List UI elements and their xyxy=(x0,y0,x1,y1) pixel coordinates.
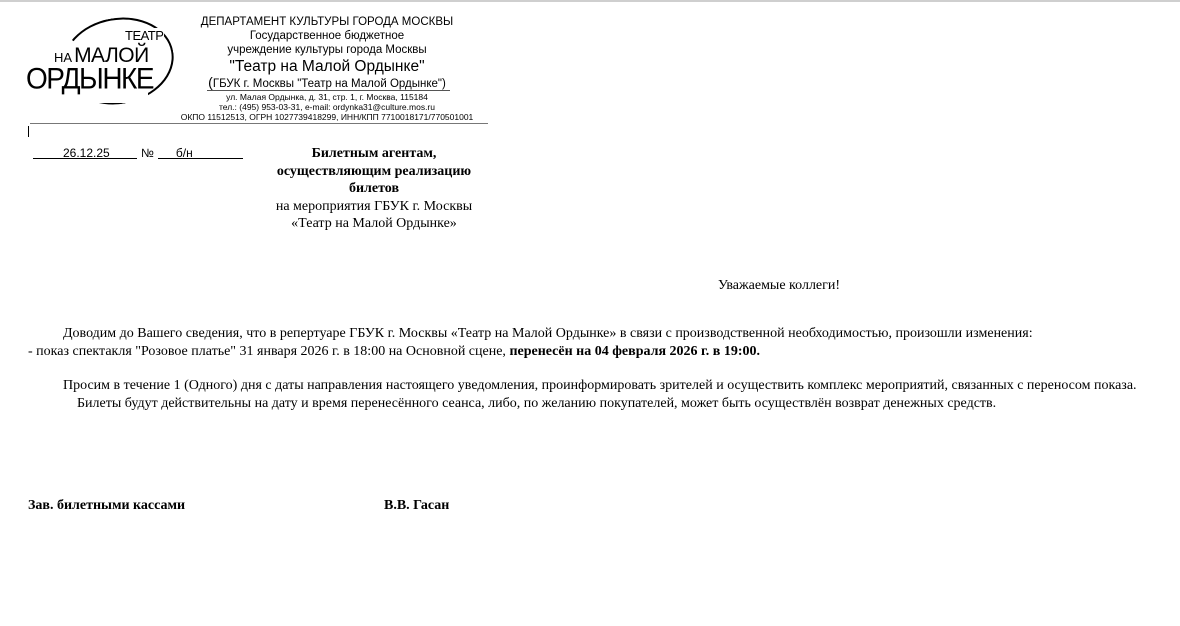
org-name: "Театр на Малой Ордынке" xyxy=(200,58,454,75)
letterhead-contacts: ул. Малая Ордынка, д. 31, стр. 1, г. Мос… xyxy=(168,92,486,122)
org-type-line2: учреждение культуры города Москвы xyxy=(200,43,454,57)
number-label: № xyxy=(141,146,154,160)
addressee-line3: билетов xyxy=(349,181,399,196)
logo-line3: ОРДЫНКЕ xyxy=(26,64,153,93)
address: ул. Малая Ордынка, д. 31, стр. 1, г. Мос… xyxy=(168,92,486,102)
signatory-title: Зав. билетными кассами xyxy=(28,498,185,514)
addressee-line4: на мероприятия ГБУК г. Москвы xyxy=(263,198,485,216)
logo-line1: ТЕАТР xyxy=(124,28,164,43)
contacts: тел.: (495) 953-03-31, e-mail: ordynka31… xyxy=(168,102,486,112)
body-paragraph2-line1: Просим в течение 1 (Одного) дня с даты н… xyxy=(63,377,1137,395)
letterhead-divider xyxy=(207,90,450,91)
body-paragraph1-line1: Доводим до Вашего сведения, что в реперт… xyxy=(63,325,1033,343)
text-cursor xyxy=(28,126,29,137)
department-name: ДЕПАРТАМЕНТ КУЛЬТУРЫ ГОРОДА МОСКВЫ xyxy=(200,15,454,29)
addressee-line2: осуществляющим реализацию xyxy=(277,164,471,179)
letterhead: ДЕПАРТАМЕНТ КУЛЬТУРЫ ГОРОДА МОСКВЫ Госуд… xyxy=(200,15,454,91)
rescheduled-highlight: перенесён на 04 февраля 2026 г. в 19:00. xyxy=(509,344,760,359)
theatre-logo: ТЕАТР НАМАЛОЙ ОРДЫНКЕ xyxy=(26,18,176,106)
reference-line: 26.12.25№б/н xyxy=(33,146,243,160)
addressee-line1: Билетным агентам, xyxy=(312,146,437,161)
addressee: Билетным агентам, осуществляющим реализа… xyxy=(263,145,485,233)
body-paragraph2-line2: Билеты будут действительны на дату и вре… xyxy=(77,395,996,413)
addressee-line5: «Театр на Малой Ордынке» xyxy=(263,215,485,233)
header-divider xyxy=(30,123,488,124)
body-paragraph1-line2: - показ спектакля "Розовое платье" 31 ян… xyxy=(28,343,760,361)
signatory-name: В.В. Гасан xyxy=(384,498,449,514)
org-type-line1: Государственное бюджетное xyxy=(200,29,454,43)
greeting: Уважаемые коллеги! xyxy=(718,278,840,294)
registry-codes: ОКПО 11512513, ОГРН 1027739418299, ИНН/К… xyxy=(168,112,486,122)
document-date: 26.12.25 xyxy=(33,146,137,159)
document-number: б/н xyxy=(158,146,243,159)
org-short-name: (ГБУК г. Москвы "Театр на Малой Ордынке"… xyxy=(200,75,454,91)
